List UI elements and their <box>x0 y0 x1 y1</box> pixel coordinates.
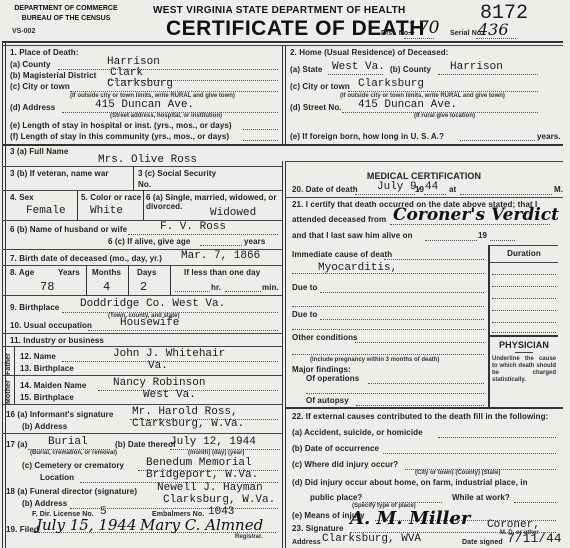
mother-birthplace-value: West Va. <box>143 389 196 401</box>
occupation-label: 10. Usual occupation <box>10 321 92 330</box>
issuing-department: DEPARTMENT OF COMMERCE BUREAU OF THE CEN… <box>6 4 126 24</box>
certifier-address-value: Clarksburg, WVA <box>322 533 421 545</box>
physician-heading: PHYSICIAN <box>490 340 558 350</box>
filed-label: 19. Filed <box>6 525 39 534</box>
birth-date-value: Mar. 7, 1866 <box>181 250 260 262</box>
registrar-label: Registrar. <box>235 534 263 540</box>
less-than-day-label: If less than one day <box>184 268 260 277</box>
funeral-director-address-value: Clarksburg, W.Va. <box>163 494 275 506</box>
residence-county-label: (b) County <box>390 65 431 74</box>
residence-state-label: (a) State <box>290 65 322 74</box>
external-d-label-2: public place? <box>310 493 362 502</box>
spouse-value: F. V. Ross <box>160 221 226 233</box>
death-certificate: DEPARTMENT OF COMMERCE BUREAU OF THE CEN… <box>0 0 570 548</box>
ssn-no-label: No. <box>138 180 151 189</box>
registrar-signature: Mary C. Almned <box>140 516 263 534</box>
father-name-label: 12. Name <box>20 352 56 361</box>
birthplace-value: Doddridge Co. West Va. <box>80 298 225 310</box>
residence-street-label: (d) Street No. <box>290 103 342 112</box>
mother-name-label: 14. Maiden Name <box>20 381 86 390</box>
last-seen-label: and that I last saw him alive on <box>292 231 413 240</box>
funeral-director-value: Newell J. Hayman <box>157 482 263 494</box>
department-name: DEPARTMENT OF COMMERCE <box>6 4 126 14</box>
cemetery-location-label: Location <box>40 473 74 482</box>
while-at-work-label: While at work? <box>452 493 510 502</box>
residence-city-label: (c) City or town <box>290 82 350 91</box>
external-b-label: (b) Date of occurrence <box>292 444 379 453</box>
agency-name: WEST VIRGINIA STATE DEPARTMENT OF HEALTH <box>153 5 406 16</box>
due-to-label-2: Due to <box>292 310 318 319</box>
age-months-label: Months <box>92 268 121 277</box>
attended-from-value: Coroner's Verdict <box>393 205 559 225</box>
father-name-value: John J. Whitehair <box>113 348 225 360</box>
place-of-death-heading: 1. Place of Death: <box>10 48 79 57</box>
min-label: min. <box>262 283 279 292</box>
external-a-label: (a) Accident, suicide, or homicide <box>292 428 423 437</box>
spouse-age-unit: years <box>244 237 265 246</box>
race-value: White <box>90 205 123 217</box>
mother-name-value: Nancy Robinson <box>113 377 205 389</box>
last-seen-year-prefix: 19 <box>478 231 487 240</box>
disposition-date-value: July 12, 1944 <box>170 436 256 448</box>
medical-certification-heading: MEDICAL CERTIFICATION <box>285 171 563 181</box>
death-city-value: Clarksburg <box>107 78 173 90</box>
residence-street-note: (If rural give location) <box>414 113 475 119</box>
disposition-date-note: (month) (day) (year) <box>188 450 244 456</box>
funeral-director-label: 18 (a) Funeral director (signature) <box>6 487 137 496</box>
foreign-born-label: (e) If foreign born, how long in U. S. A… <box>290 132 444 141</box>
at-label: at <box>449 185 456 194</box>
death-address-label: (d) Address <box>10 103 55 112</box>
certifier-signature-label: 23. Signature <box>292 524 344 533</box>
certifier-address-label: Address <box>292 539 321 546</box>
foreign-born-unit: years. <box>537 132 561 141</box>
death-district-label: (b) Magisterial District <box>10 71 96 80</box>
age-days-value: 2 <box>140 280 147 294</box>
funeral-director-address-label: (b) Address <box>22 499 67 508</box>
hr-label: hr. <box>211 283 221 292</box>
dist-no-label: Dist. No. <box>381 30 410 37</box>
physician-note: Underline the cause to which death shoul… <box>492 356 556 384</box>
father-birthplace-value: Va. <box>148 360 168 372</box>
informant-signature-label: 16 (a) Informant's signature <box>6 410 113 419</box>
external-c-note: (City or town) (County) (State) <box>415 470 500 476</box>
duration-label: Duration <box>490 249 558 258</box>
stamp-number: 8172 <box>480 2 528 25</box>
other-conditions-label: Other conditions <box>292 333 358 342</box>
filed-value: July 15, 1944 <box>36 516 137 534</box>
age-years-label: Years <box>58 268 80 277</box>
cemetery-label: (c) Cemetery or crematory <box>22 461 124 470</box>
disposition-method-value: Burial <box>48 436 88 448</box>
external-d-label: (d) Did injury occur about home, on farm… <box>292 478 528 487</box>
veteran-label: 3 (b) If veteran, name war <box>10 169 109 178</box>
hospital-stay-label: (e) Length of stay in hospital or inst. … <box>10 121 232 130</box>
sex-value: Female <box>26 205 66 217</box>
date-signed-label: Date signed <box>462 539 503 546</box>
residence-street-value: 415 Duncan Ave. <box>358 99 457 111</box>
certifier-signature-value: A. M. Miller <box>350 508 470 529</box>
sex-label: 4. Sex <box>10 193 34 202</box>
disposition-method-note: (Burial, cremation, or removal) <box>30 450 117 456</box>
community-stay-label: (f) Length of stay in this community (yr… <box>10 132 229 141</box>
death-city-label: (c) City or town <box>10 82 70 91</box>
due-to-label-1: Due to <box>292 283 318 292</box>
external-causes-heading: 22. If external causes contributed to th… <box>292 412 548 421</box>
age-years-value: 78 <box>40 280 54 294</box>
operations-label: Of operations <box>306 374 359 383</box>
m-label: M. <box>554 185 563 194</box>
age-label: 8. Age <box>10 268 34 277</box>
full-name-value: Mrs. Olive Ross <box>98 154 197 166</box>
birth-date-label: 7. Birth date of deceased (mo., day, yr.… <box>10 254 162 263</box>
spouse-age-label: 6 (c) If alive, give age <box>108 237 190 246</box>
industry-label: 11. Industry or business <box>10 336 104 345</box>
mother-tag: Mother <box>5 376 15 404</box>
form-code: VS-002 <box>12 28 35 35</box>
document-title: CERTIFICATE OF DEATH <box>166 17 425 41</box>
dist-no-value: 170 <box>407 18 439 38</box>
spouse-label: 6 (b) Name of husband or wife <box>10 225 127 234</box>
residence-city-value: Clarksburg <box>358 78 424 90</box>
death-year-value: 44 <box>425 181 438 193</box>
age-months-value: 4 <box>103 280 110 294</box>
ssn-label: 3 (c) Social Security <box>138 169 216 178</box>
external-c-label: (c) Where did injury occur? <box>292 460 398 469</box>
informant-address-value: Clarksburg, W.Va. <box>132 418 244 430</box>
attended-from-label: attended deceased from <box>292 215 386 224</box>
disposition-method-label: 17 (a) <box>6 440 28 449</box>
death-address-note: (Street address, hospital, or institutio… <box>110 113 222 119</box>
residence-county-value: Harrison <box>450 61 503 73</box>
residence-heading: 2. Home (Usual Residence) of Deceased: <box>290 48 449 57</box>
birthplace-label: 9. Birthplace <box>10 303 59 312</box>
pregnancy-note: (Include pregnancy within 3 months of de… <box>310 357 439 363</box>
full-name-label: 3 (a) Full Name <box>10 147 68 156</box>
informant-signature-value: Mr. Harold Ross, <box>132 406 238 418</box>
death-year-prefix: 19 <box>415 185 424 194</box>
father-birthplace-label: 13. Birthplace <box>20 364 74 373</box>
disposition-date-label: (b) Date thereof <box>115 440 176 449</box>
immediate-cause-label: Immediate cause of death <box>292 250 392 259</box>
age-days-label: Days <box>137 268 157 277</box>
mother-birthplace-label: 15. Birthplace <box>20 393 74 402</box>
race-label: 5. Color or race <box>81 193 141 202</box>
occupation-value: Housewife <box>120 317 179 329</box>
death-county-label: (a) County <box>10 60 51 69</box>
informant-address-label: (b) Address <box>22 422 67 431</box>
autopsy-label: Of autopsy <box>306 396 349 405</box>
marital-status-value: Widowed <box>210 207 256 219</box>
death-address-value: 415 Duncan Ave. <box>95 99 194 111</box>
date-of-death-label: 20. Date of death <box>292 185 358 194</box>
major-findings-label: Major findings: <box>292 365 351 374</box>
cemetery-location-value: Bridgeport, W.Va. <box>146 469 258 481</box>
date-signed-value: 7/11/44 <box>507 531 562 546</box>
residence-state-value: West Va. <box>332 61 385 73</box>
bureau-name: BUREAU OF THE CENSUS <box>6 14 126 24</box>
cemetery-value: Benedum Memorial <box>146 457 252 469</box>
